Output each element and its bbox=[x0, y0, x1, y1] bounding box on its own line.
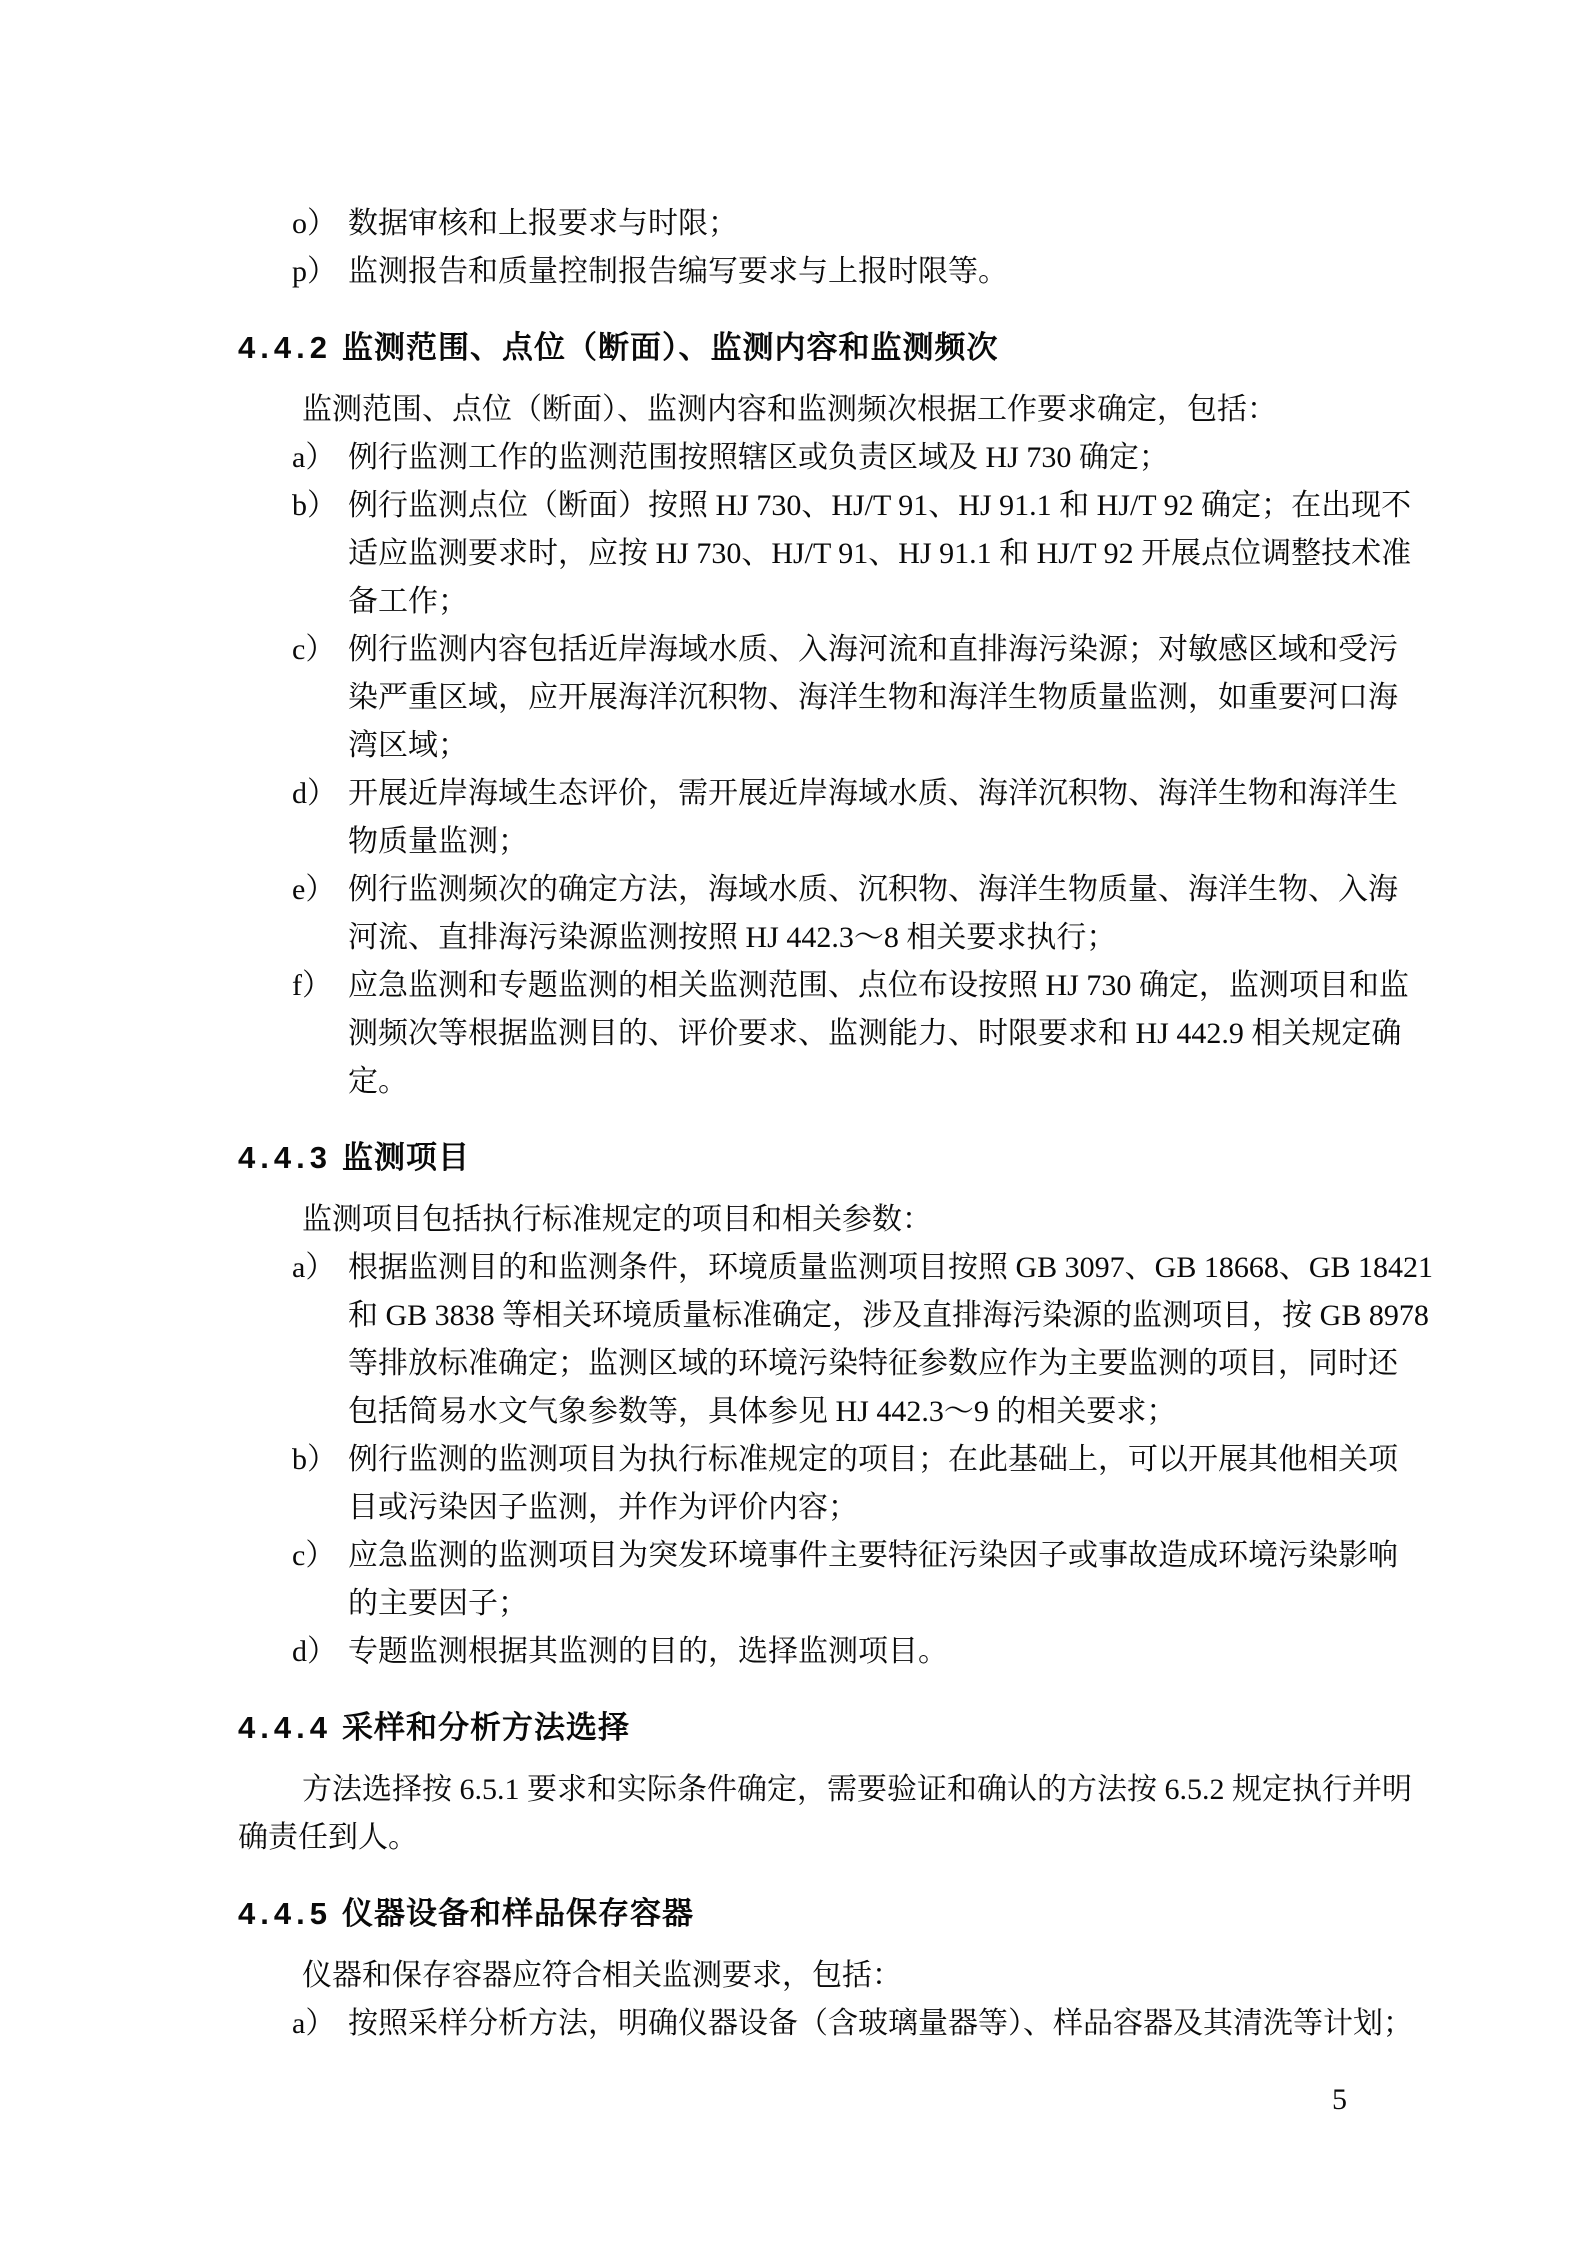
heading-4-4-5: 4.4.5仪器设备和样品保存容器 bbox=[238, 1890, 1363, 1938]
heading-4-4-4: 4.4.4采样和分析方法选择 bbox=[238, 1704, 1363, 1752]
list-item-4-4-2-e: e）例行监测频次的确定方法，海域水质、沉积物、海洋生物质量、海洋生物、入海 bbox=[238, 866, 1363, 914]
list-item-4-4-3-a-cont: 包括简易水文气象参数等，具体参见 HJ 442.3～9 的相关要求； bbox=[238, 1388, 1363, 1436]
heading-number: 4.4.5 bbox=[238, 1890, 342, 1938]
list-item-4-4-3-c: c）应急监测的监测项目为突发环境事件主要特征污染因子或事故造成环境污染影响 bbox=[238, 1532, 1363, 1580]
list-item-p: p）监测报告和质量控制报告编写要求与上报时限等。 bbox=[238, 248, 1363, 296]
list-marker: o） bbox=[292, 200, 348, 248]
page-number: 5 bbox=[1332, 2076, 1347, 2124]
list-item-text: 应急监测和专题监测的相关监测范围、点位布设按照 HJ 730 确定，监测项目和监 bbox=[348, 969, 1409, 1002]
heading-4-4-3: 4.4.3监测项目 bbox=[238, 1134, 1363, 1182]
list-marker: c） bbox=[292, 626, 348, 674]
list-item-4-4-5-a: a）按照采样分析方法，明确仪器设备（含玻璃量器等）、样品容器及其清洗等计划； bbox=[238, 2000, 1363, 2048]
list-item-4-4-2-c-cont: 染严重区域，应开展海洋沉积物、海洋生物和海洋生物质量监测，如重要河口海 bbox=[238, 674, 1363, 722]
list-item-4-4-2-a: a）例行监测工作的监测范围按照辖区或负责区域及 HJ 730 确定； bbox=[238, 434, 1363, 482]
list-item-4-4-2-e-cont: 河流、直排海污染源监测按照 HJ 442.3～8 相关要求执行； bbox=[238, 914, 1363, 962]
list-marker: d） bbox=[292, 770, 348, 818]
list-item-4-4-2-d-cont: 物质量监测； bbox=[238, 818, 1363, 866]
list-marker: a） bbox=[292, 434, 348, 482]
list-marker: e） bbox=[292, 866, 348, 914]
list-item-4-4-2-f-cont: 定。 bbox=[238, 1058, 1363, 1106]
heading-4-4-2: 4.4.2监测范围、点位（断面）、监测内容和监测频次 bbox=[238, 324, 1363, 372]
list-item-4-4-2-b: b）例行监测点位（断面）按照 HJ 730、HJ/T 91、HJ 91.1 和 … bbox=[238, 482, 1363, 530]
list-item-4-4-2-f: f）应急监测和专题监测的相关监测范围、点位布设按照 HJ 730 确定，监测项目… bbox=[238, 962, 1363, 1010]
heading-number: 4.4.4 bbox=[238, 1704, 342, 1752]
list-item-text: 例行监测内容包括近岸海域水质、入海河流和直排海污染源；对敏感区域和受污 bbox=[348, 633, 1398, 666]
heading-title: 监测范围、点位（断面）、监测内容和监测频次 bbox=[342, 330, 999, 365]
list-item-4-4-2-d: d）开展近岸海域生态评价，需开展近岸海域水质、海洋沉积物、海洋生物和海洋生 bbox=[238, 770, 1363, 818]
list-item-4-4-2-c: c）例行监测内容包括近岸海域水质、入海河流和直排海污染源；对敏感区域和受污 bbox=[238, 626, 1363, 674]
list-item-4-4-2-c-cont: 湾区域； bbox=[238, 722, 1363, 770]
list-item-text: 根据监测目的和监测条件，环境质量监测项目按照 GB 3097、GB 18668、… bbox=[348, 1251, 1433, 1284]
list-marker: d） bbox=[292, 1628, 348, 1676]
list-item-text: 例行监测频次的确定方法，海域水质、沉积物、海洋生物质量、海洋生物、入海 bbox=[348, 873, 1398, 906]
list-item-4-4-3-a-cont: 和 GB 3838 等相关环境质量标准确定，涉及直排海污染源的监测项目，按 GB… bbox=[238, 1292, 1363, 1340]
list-item-4-4-2-f-cont: 测频次等根据监测目的、评价要求、监测能力、时限要求和 HJ 442.9 相关规定… bbox=[238, 1010, 1363, 1058]
list-marker: b） bbox=[292, 482, 348, 530]
list-item-4-4-3-b: b）例行监测的监测项目为执行标准规定的项目；在此基础上，可以开展其他相关项 bbox=[238, 1436, 1363, 1484]
list-item-text: 例行监测的监测项目为执行标准规定的项目；在此基础上，可以开展其他相关项 bbox=[348, 1443, 1398, 1476]
list-item-4-4-3-d: d）专题监测根据其监测的目的，选择监测项目。 bbox=[238, 1628, 1363, 1676]
para-4-4-5-intro-line: 仪器和保存容器应符合相关监测要求，包括： bbox=[238, 1952, 1363, 2000]
list-item-4-4-2-b-cont: 适应监测要求时，应按 HJ 730、HJ/T 91、HJ 91.1 和 HJ/T… bbox=[238, 530, 1363, 578]
heading-title: 监测项目 bbox=[342, 1140, 470, 1175]
list-marker: a） bbox=[292, 1244, 348, 1292]
para-4-4-3-intro-line: 监测项目包括执行标准规定的项目和相关参数： bbox=[238, 1196, 1363, 1244]
list-item-4-4-3-a-cont: 等排放标准确定；监测区域的环境污染特征参数应作为主要监测的项目，同时还 bbox=[238, 1340, 1363, 1388]
para-4-4-4-line: 确责任到人。 bbox=[238, 1814, 1363, 1862]
para-4-4-4-line: 方法选择按 6.5.1 要求和实际条件确定，需要验证和确认的方法按 6.5.2 … bbox=[238, 1766, 1363, 1814]
list-item-text: 监测报告和质量控制报告编写要求与上报时限等。 bbox=[348, 255, 1008, 288]
list-marker: c） bbox=[292, 1532, 348, 1580]
heading-title: 仪器设备和样品保存容器 bbox=[342, 1896, 694, 1931]
list-item-text: 例行监测点位（断面）按照 HJ 730、HJ/T 91、HJ 91.1 和 HJ… bbox=[348, 489, 1411, 522]
list-item-text: 例行监测工作的监测范围按照辖区或负责区域及 HJ 730 确定； bbox=[348, 441, 1169, 474]
list-item-4-4-2-b-cont: 备工作； bbox=[238, 578, 1363, 626]
para-4-4-2-intro-line: 监测范围、点位（断面）、监测内容和监测频次根据工作要求确定，包括： bbox=[238, 386, 1363, 434]
list-marker: f） bbox=[292, 962, 348, 1010]
list-marker: p） bbox=[292, 248, 348, 296]
list-item-text: 专题监测根据其监测的目的，选择监测项目。 bbox=[348, 1635, 948, 1668]
heading-number: 4.4.3 bbox=[238, 1134, 342, 1182]
list-item-text: 应急监测的监测项目为突发环境事件主要特征污染因子或事故造成环境污染影响 bbox=[348, 1539, 1398, 1572]
list-item-text: 数据审核和上报要求与时限； bbox=[348, 207, 738, 240]
list-item-4-4-3-a: a）根据监测目的和监测条件，环境质量监测项目按照 GB 3097、GB 1866… bbox=[238, 1244, 1363, 1292]
list-item-4-4-3-b-cont: 目或污染因子监测，并作为评价内容； bbox=[238, 1484, 1363, 1532]
list-item-o: o）数据审核和上报要求与时限； bbox=[238, 200, 1363, 248]
heading-title: 采样和分析方法选择 bbox=[342, 1710, 630, 1745]
list-item-text: 开展近岸海域生态评价，需开展近岸海域水质、海洋沉积物、海洋生物和海洋生 bbox=[348, 777, 1398, 810]
list-item-4-4-3-c-cont: 的主要因子； bbox=[238, 1580, 1363, 1628]
heading-number: 4.4.2 bbox=[238, 324, 342, 372]
list-marker: a） bbox=[292, 2000, 348, 2048]
list-marker: b） bbox=[292, 1436, 348, 1484]
list-item-text: 按照采样分析方法，明确仪器设备（含玻璃量器等）、样品容器及其清洗等计划； bbox=[348, 2007, 1413, 2040]
document-page: o）数据审核和上报要求与时限；p）监测报告和质量控制报告编写要求与上报时限等。4… bbox=[0, 0, 1587, 2245]
document-content: o）数据审核和上报要求与时限；p）监测报告和质量控制报告编写要求与上报时限等。4… bbox=[238, 200, 1363, 2048]
